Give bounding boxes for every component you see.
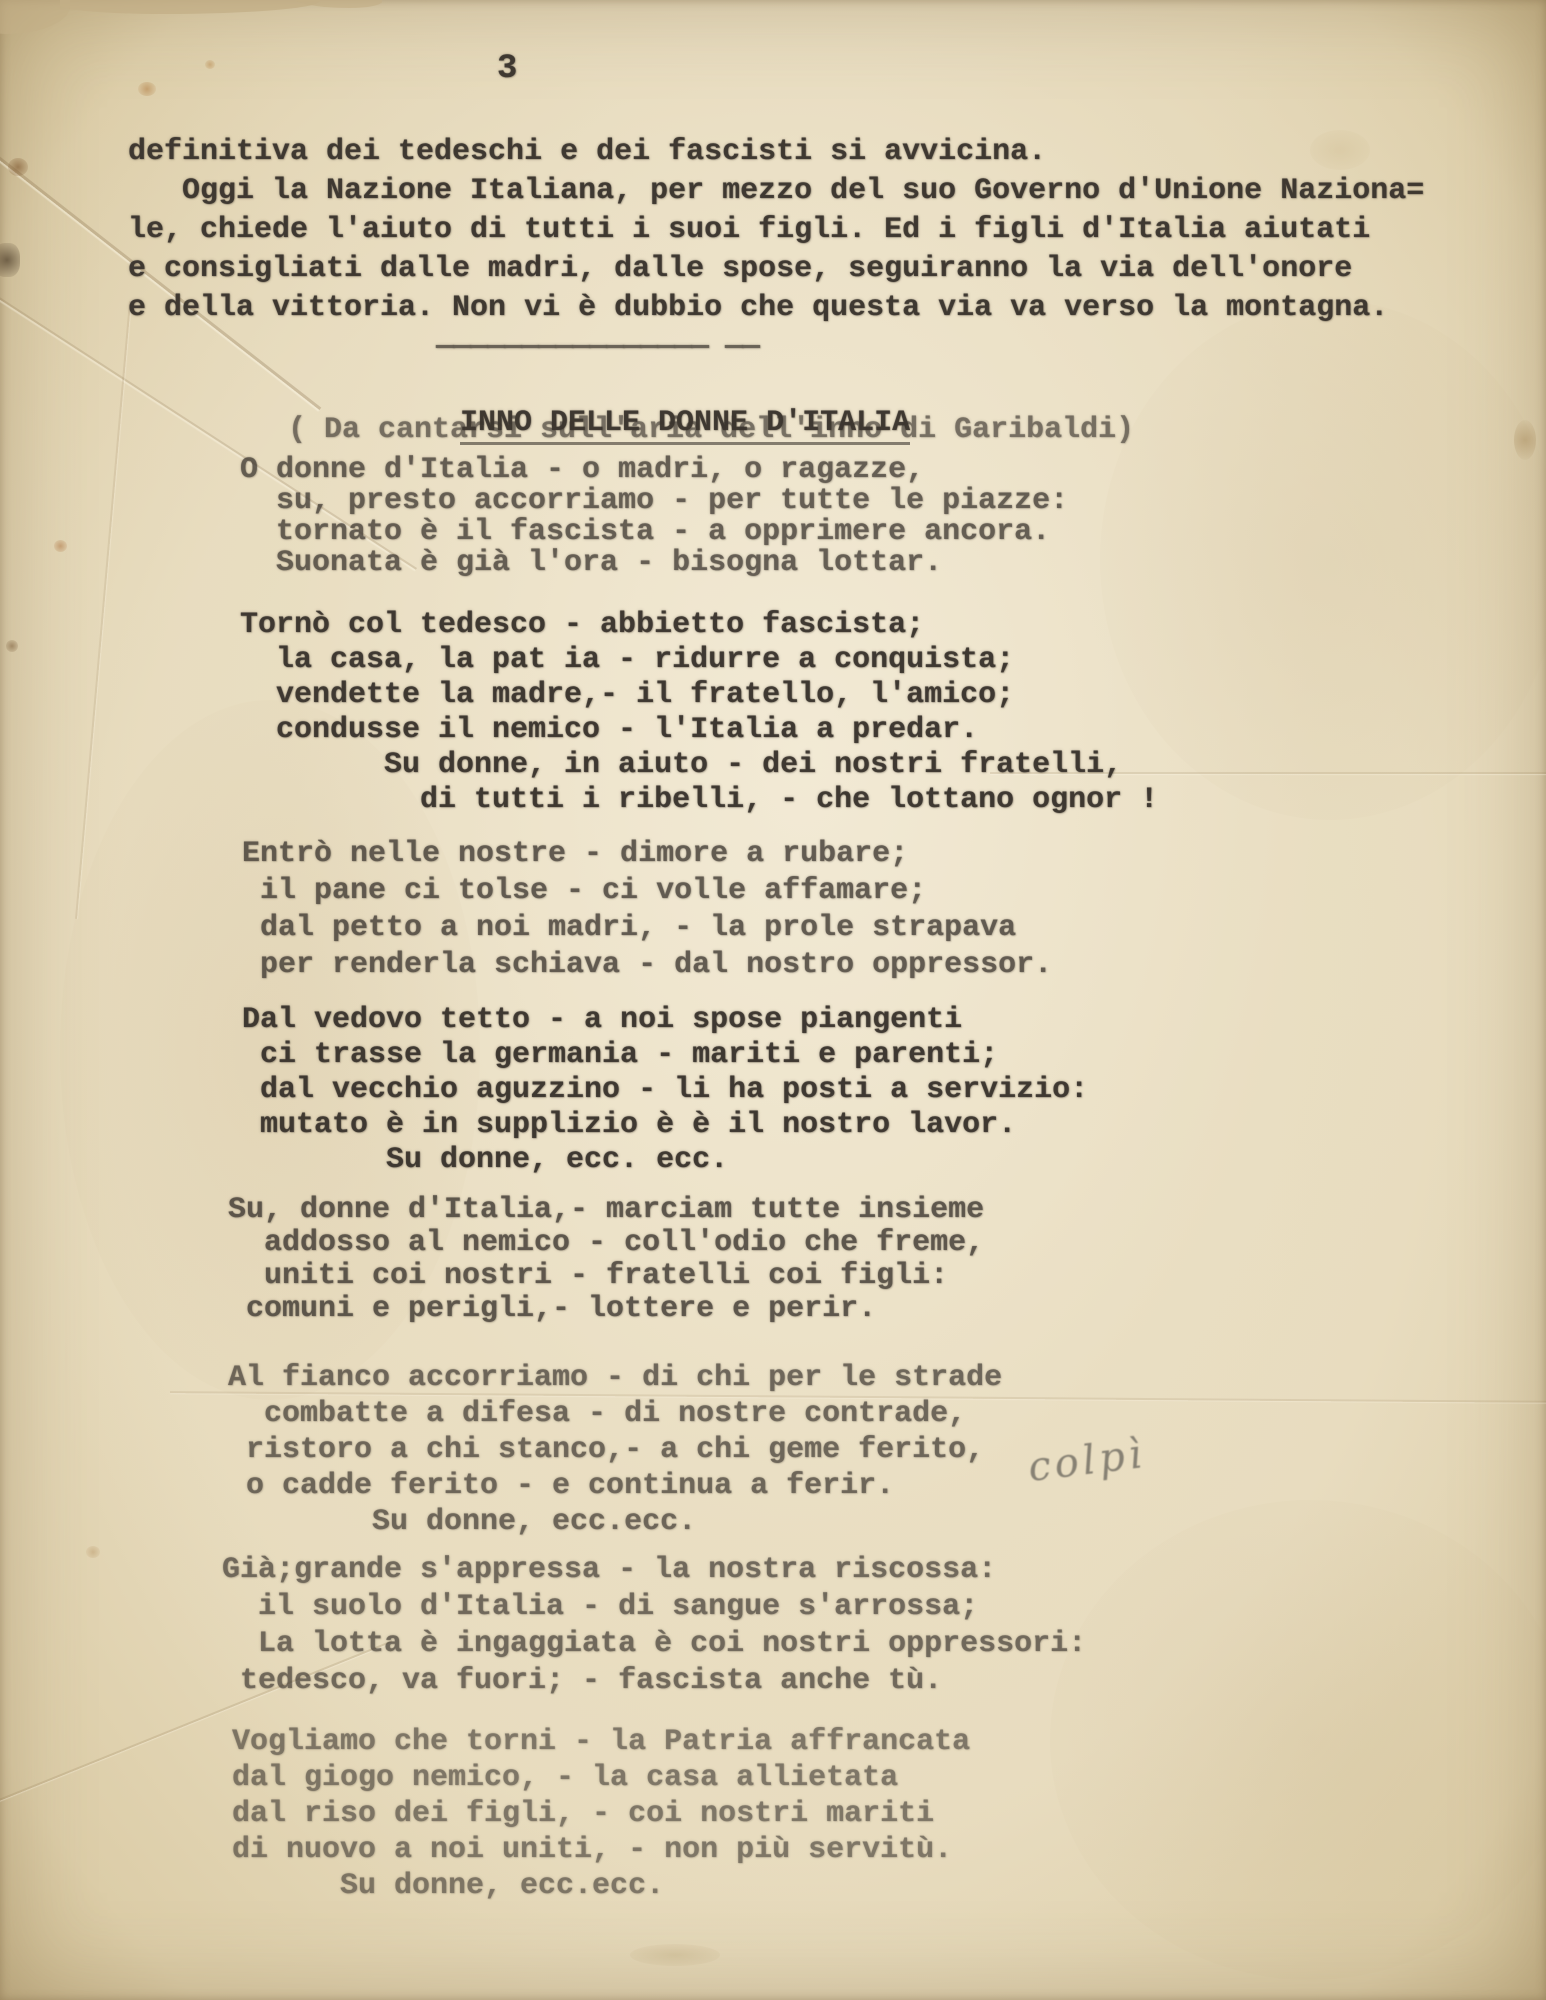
stanza-line: su, presto accorriamo - per tutte le pia… — [240, 486, 1068, 517]
stanza-5: Su, donne d'Italia,- marciam tutte insie… — [228, 1194, 984, 1326]
stanza-line: tedesco, va fuori; - fascista anche tù. — [222, 1663, 1086, 1700]
stanza-line: o cadde ferito - e continua a ferir. — [228, 1468, 1002, 1504]
scanned-page: 3 definitiva dei tedeschi e dei fascisti… — [0, 0, 1546, 2000]
stanza-line: Su, donne d'Italia,- marciam tutte insie… — [228, 1194, 984, 1227]
stanza-line: addosso al nemico - coll'odio che freme, — [228, 1227, 984, 1260]
stanza-line: O donne d'Italia - o madri, o ragazze, — [240, 455, 1068, 486]
stanza-line: il suolo d'Italia - di sangue s'arrossa; — [222, 1589, 1086, 1626]
stanza-line: Già;grande s'appressa - la nostra riscos… — [222, 1552, 1086, 1589]
stain — [0, 243, 20, 277]
stanza-line: dal petto a noi madri, - la prole strapa… — [242, 910, 1052, 947]
stain — [86, 1546, 100, 1558]
stanza-6: Al fianco accorriamo - di chi per le str… — [228, 1360, 1002, 1540]
stanza-line: Entrò nelle nostre - dimore a rubare; — [242, 836, 1052, 873]
stain — [1514, 420, 1536, 460]
stanza-line: Su donne, ecc.ecc. — [232, 1868, 970, 1904]
stanza-3: Entrò nelle nostre - dimore a rubare; il… — [242, 836, 1052, 984]
intro-line: definitiva dei tedeschi e dei fascisti s… — [128, 133, 1424, 172]
stain — [6, 640, 18, 652]
stanza-line: La lotta è ingaggiata è coi nostri oppre… — [222, 1626, 1086, 1663]
crease-line — [75, 301, 131, 919]
section-divider: ———————————————— —— — [436, 330, 759, 364]
stanza-line: per renderla schiava - dal nostro oppres… — [242, 947, 1052, 984]
stanza-line: Su donne, ecc.ecc. — [228, 1504, 1002, 1540]
stain — [138, 82, 156, 96]
stanza-line: condusse il nemico - l'Italia a predar. — [240, 713, 1158, 748]
stanza-line: il pane ci tolse - ci volle affamare; — [242, 873, 1052, 910]
stanza-2: Tornò col tedesco - abbietto fascista; l… — [240, 608, 1158, 818]
hymn-subtitle: ( Da cantarsi sull'aria dell'inno di Gar… — [288, 413, 1134, 447]
stain — [630, 1944, 720, 1966]
stanza-line: Su donne, ecc. ecc. — [242, 1143, 1088, 1178]
torn-edge — [60, 0, 320, 14]
stain — [205, 60, 215, 69]
stain — [54, 540, 67, 552]
stanza-line: tornato è il fascista - a opprimere anco… — [240, 517, 1068, 548]
stanza-line: ci trasse la germania - mariti e parenti… — [242, 1038, 1088, 1073]
stanza-line: di tutti i ribelli, - che lottano ognor … — [240, 783, 1158, 818]
stain — [8, 158, 28, 176]
stanza-line: vendette la madre,- il fratello, l'amico… — [240, 678, 1158, 713]
intro-line: e consigliati dalle madri, dalle spose, … — [128, 250, 1424, 289]
stanza-line: Al fianco accorriamo - di chi per le str… — [228, 1360, 1002, 1396]
stanza-line: uniti coi nostri - fratelli coi figli: — [228, 1260, 984, 1293]
intro-line: Oggi la Nazione Italiana, per mezzo del … — [128, 172, 1424, 211]
stanza-line: la casa, la pat ia - ridurre a conquista… — [240, 643, 1158, 678]
stanza-line: mutato è in supplizio è è il nostro lavo… — [242, 1108, 1088, 1143]
page-number: 3 — [497, 50, 517, 88]
handwritten-annotation: colpì — [1026, 1431, 1148, 1491]
stanza-line: combatte a difesa - di nostre contrade, — [228, 1396, 1002, 1432]
stanza-line: Su donne, in aiuto - dei nostri fratelli… — [240, 748, 1158, 783]
stanza-line: dal vecchio aguzzino - li ha posti a ser… — [242, 1073, 1088, 1108]
intro-line: le, chiede l'aiuto di tutti i suoi figli… — [128, 211, 1424, 250]
paper-blotch — [1050, 1500, 1546, 1980]
stanza-line: Vogliamo che torni - la Patria affrancat… — [232, 1724, 970, 1760]
stanza-4: Dal vedovo tetto - a noi spose piangenti… — [242, 1003, 1088, 1178]
stanza-line: dal riso dei figli, - coi nostri mariti — [232, 1796, 970, 1832]
stanza-line: Tornò col tedesco - abbietto fascista; — [240, 608, 1158, 643]
stanza-1: O donne d'Italia - o madri, o ragazze, s… — [240, 455, 1068, 579]
stanza-7: Già;grande s'appressa - la nostra riscos… — [222, 1552, 1086, 1700]
torn-edge — [0, 0, 70, 34]
stanza-line: di nuovo a noi uniti, - non più servitù. — [232, 1832, 970, 1868]
intro-line: e della vittoria. Non vi è dubbio che qu… — [128, 289, 1424, 328]
stanza-line: Suonata è già l'ora - bisogna lottar. — [240, 548, 1068, 579]
stanza-line: dal giogo nemico, - la casa allietata — [232, 1760, 970, 1796]
torn-edge — [292, 0, 382, 8]
paper-blotch — [1100, 300, 1546, 820]
intro-paragraph: definitiva dei tedeschi e dei fascisti s… — [128, 133, 1424, 328]
stanza-line: comuni e perigli,- lottere e perir. — [228, 1293, 984, 1326]
stanza-8: Vogliamo che torni - la Patria affrancat… — [232, 1724, 970, 1904]
stanza-line: ristoro a chi stanco,- a chi geme ferito… — [228, 1432, 1002, 1468]
stanza-line: Dal vedovo tetto - a noi spose piangenti — [242, 1003, 1088, 1038]
